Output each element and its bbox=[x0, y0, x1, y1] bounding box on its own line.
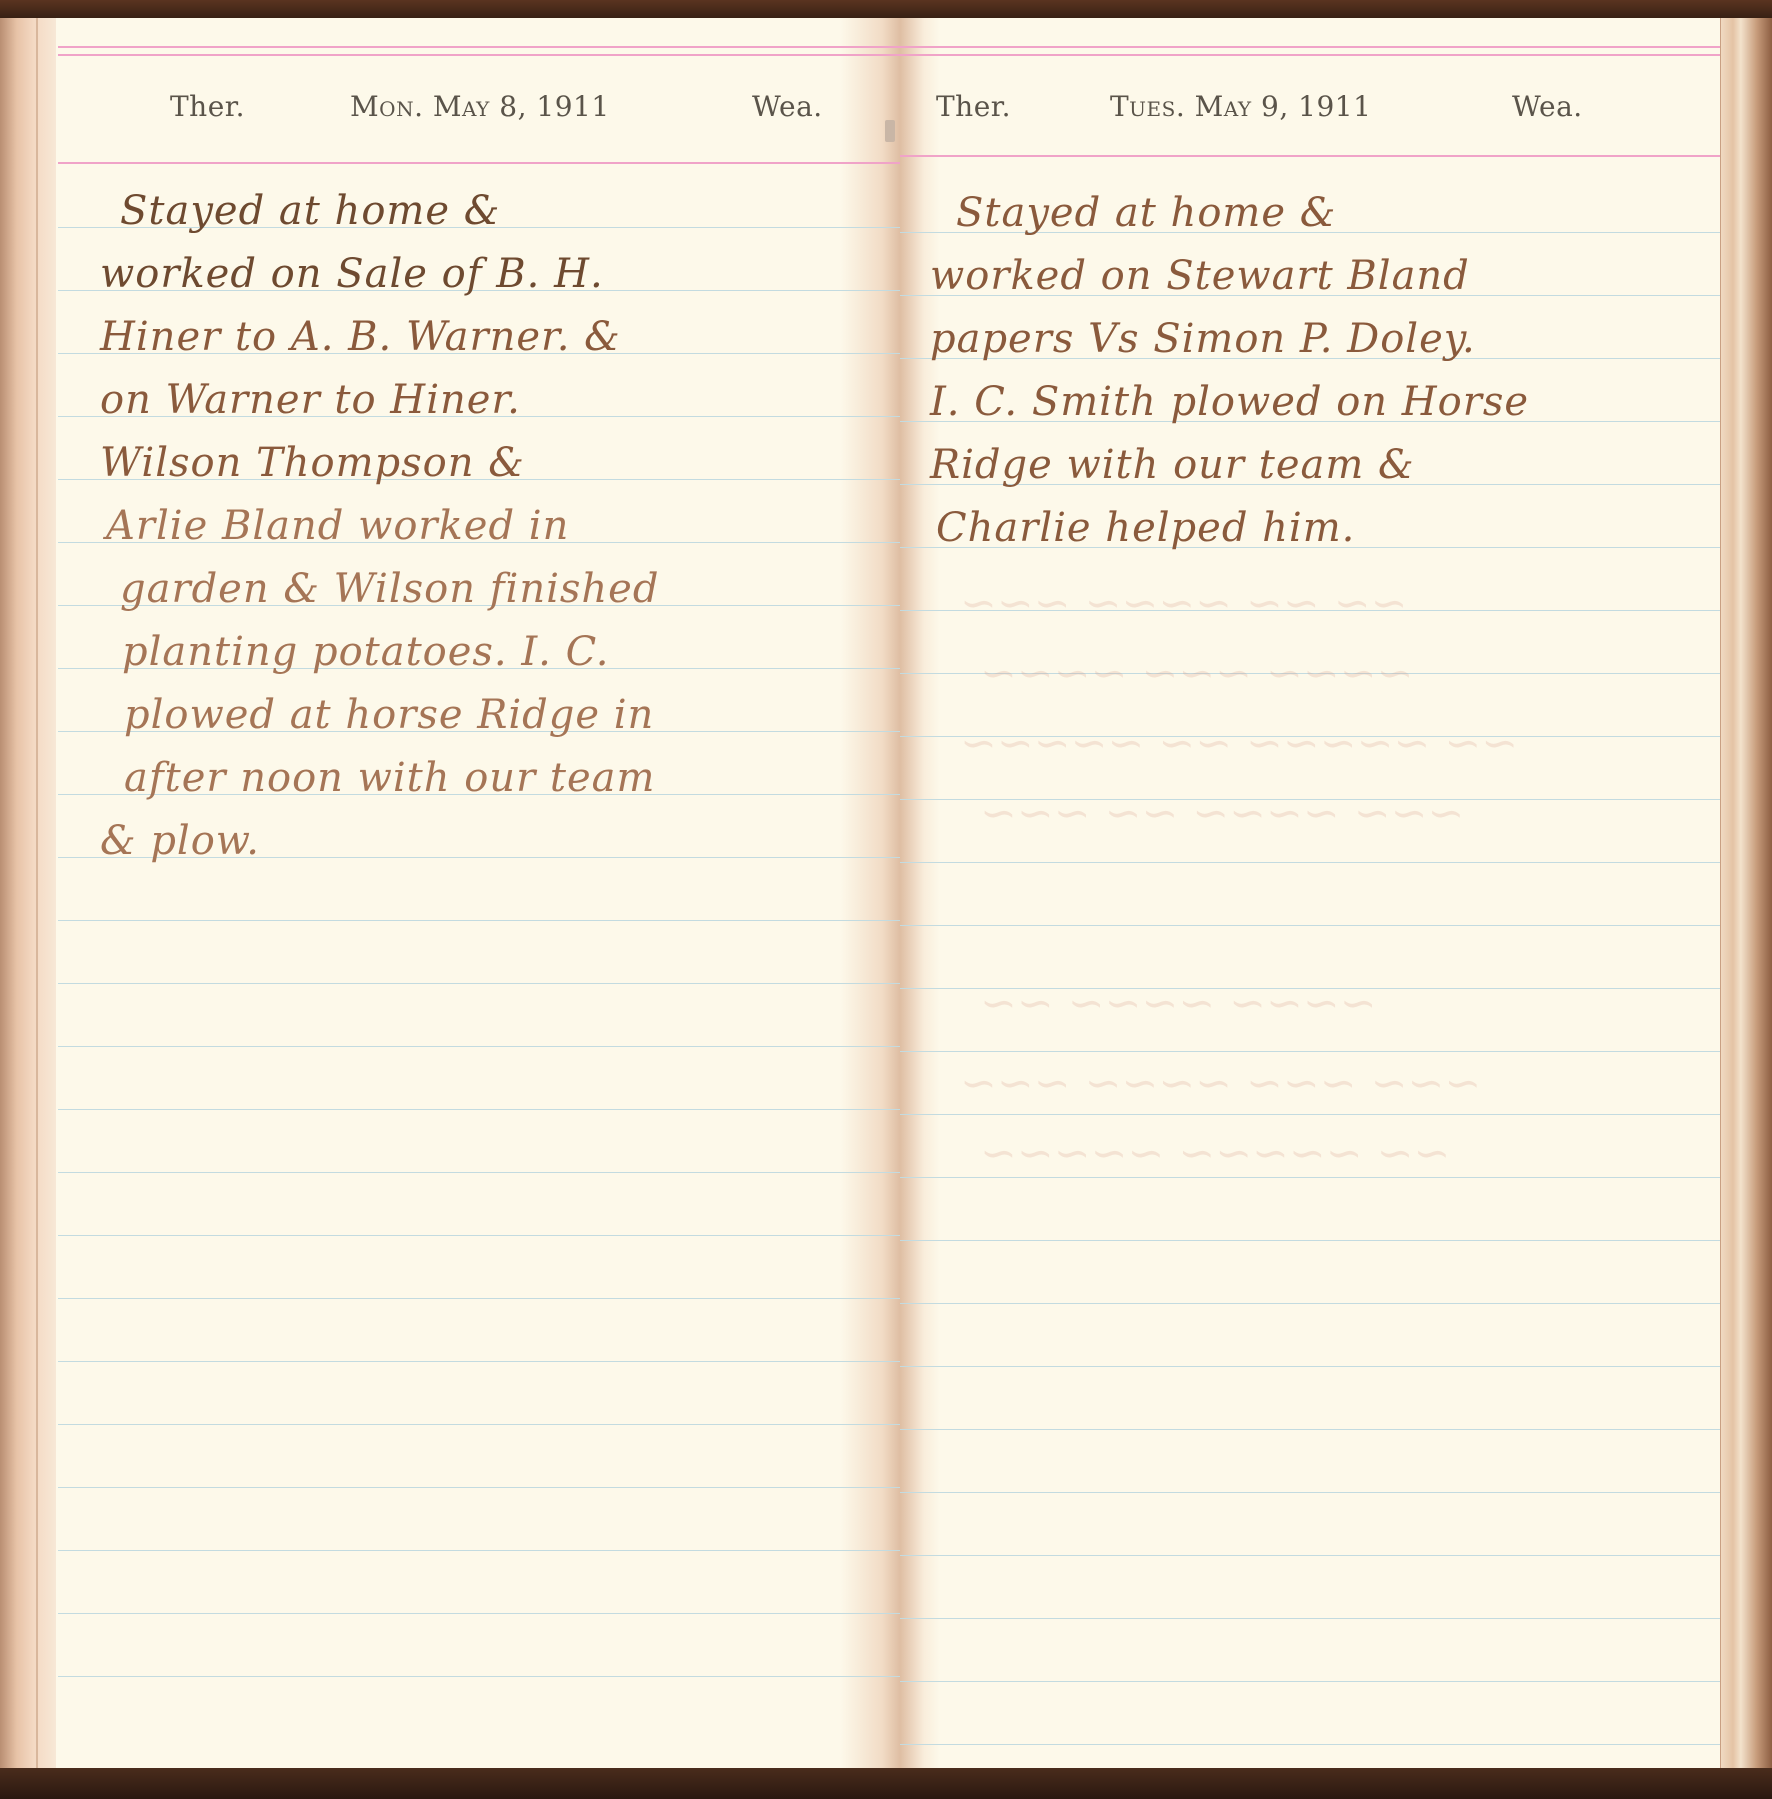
ruled-line bbox=[58, 1361, 900, 1362]
entry-line: papers Vs Simon P. Doley. bbox=[930, 316, 1476, 362]
ruled-line bbox=[58, 1424, 900, 1425]
ink-bleed-through: ~~~~ ~~~ ~~~~ bbox=[980, 648, 1414, 699]
entry-line: Wilson Thompson & bbox=[100, 440, 525, 486]
right-page-header: Ther. Tues. May 9, 1911 Wea. bbox=[900, 90, 1772, 140]
ruled-line bbox=[58, 1172, 900, 1173]
ruled-line bbox=[58, 1487, 900, 1488]
ink-bleed-through: ~~~~ ~~~~ ~~ bbox=[980, 978, 1377, 1029]
ink-bleed-through: ~~~ ~~~~ ~~ ~~~ bbox=[980, 788, 1464, 839]
ruled-line bbox=[900, 1240, 1720, 1241]
ruled-line bbox=[58, 1109, 900, 1110]
left-page: Ther. Mon. May 8, 1911 Wea. Stayed at ho… bbox=[0, 18, 900, 1770]
entry-line: I. C. Smith plowed on Horse bbox=[930, 379, 1529, 425]
thermometer-label: Ther. bbox=[170, 90, 245, 123]
ruled-line bbox=[900, 925, 1720, 926]
right-page: ~~ ~~ ~~~~ ~~~ ~~~~ ~~~ ~~~~ ~~ ~~~~~ ~~… bbox=[900, 18, 1772, 1770]
entry-line: Hiner to A. B. Warner. & bbox=[100, 314, 621, 360]
entry-line: on Warner to Hiner. bbox=[100, 377, 521, 423]
page-date: Tues. May 9, 1911 bbox=[1110, 90, 1371, 123]
ruled-line bbox=[900, 1492, 1720, 1493]
ruled-line bbox=[58, 1235, 900, 1236]
ruled-line bbox=[900, 1555, 1720, 1556]
header-top-rule bbox=[58, 46, 900, 48]
ruled-line bbox=[900, 1744, 1720, 1745]
entry-line: Ridge with our team & bbox=[930, 442, 1415, 488]
ruled-line bbox=[58, 1298, 900, 1299]
ruled-line bbox=[900, 1114, 1720, 1115]
ruled-line bbox=[900, 1429, 1720, 1430]
weather-label: Wea. bbox=[1512, 90, 1583, 123]
ruled-line bbox=[58, 920, 900, 921]
left-page-header: Ther. Mon. May 8, 1911 Wea. bbox=[0, 90, 900, 140]
header-bottom-rule bbox=[58, 162, 900, 164]
ruled-line bbox=[58, 983, 900, 984]
header-top-rule bbox=[900, 46, 1720, 48]
entry-line: Stayed at home & bbox=[956, 190, 1336, 236]
ruled-line bbox=[58, 1550, 900, 1551]
ink-bleed-through: ~~~ ~~~ ~~~~ ~~~ bbox=[960, 1058, 1481, 1109]
ruled-line bbox=[58, 1046, 900, 1047]
ink-bleed-through: ~~ ~~ ~~~~ ~~~ bbox=[960, 578, 1408, 629]
right-page-edge bbox=[1720, 18, 1772, 1770]
entry-line: Charlie helped him. bbox=[936, 505, 1355, 551]
book-cover-bottom bbox=[0, 1768, 1772, 1799]
header-top-rule-2 bbox=[58, 54, 900, 56]
diary-spread: Ther. Mon. May 8, 1911 Wea. Stayed at ho… bbox=[0, 18, 1772, 1770]
entry-line: plowed at horse Ridge in bbox=[124, 692, 654, 738]
entry-line: worked on Sale of B. H. bbox=[100, 251, 604, 297]
ink-bleed-through: ~~ ~~~~~ ~~ ~~~~~ bbox=[960, 718, 1518, 769]
entry-line: after noon with our team bbox=[124, 755, 655, 801]
ruled-line bbox=[900, 862, 1720, 863]
ruled-line bbox=[900, 1051, 1720, 1052]
gutter-shadow bbox=[840, 18, 900, 1770]
ink-bleed-through: ~~ ~~~~~ ~~~~~ bbox=[980, 1128, 1450, 1179]
entry-line: & plow. bbox=[100, 818, 260, 864]
entry-line: Arlie Bland worked in bbox=[106, 503, 569, 549]
spine-mark bbox=[885, 120, 895, 142]
left-page-edge bbox=[0, 18, 56, 1770]
entry-line: garden & Wilson finished bbox=[120, 566, 659, 612]
entry-line: Stayed at home & bbox=[120, 188, 500, 234]
weather-label: Wea. bbox=[752, 90, 823, 123]
ruled-line bbox=[900, 1618, 1720, 1619]
ruled-line bbox=[900, 1303, 1720, 1304]
thermometer-label: Ther. bbox=[936, 90, 1011, 123]
entry-line: planting potatoes. I. C. bbox=[122, 629, 609, 675]
ruled-line bbox=[58, 1613, 900, 1614]
entry-line: worked on Stewart Bland bbox=[930, 253, 1470, 299]
page-date: Mon. May 8, 1911 bbox=[350, 90, 610, 123]
ruled-line bbox=[900, 1681, 1720, 1682]
header-top-rule-2 bbox=[900, 54, 1720, 56]
ruled-line bbox=[58, 1676, 900, 1677]
header-bottom-rule bbox=[900, 155, 1720, 157]
ruled-line bbox=[900, 1366, 1720, 1367]
